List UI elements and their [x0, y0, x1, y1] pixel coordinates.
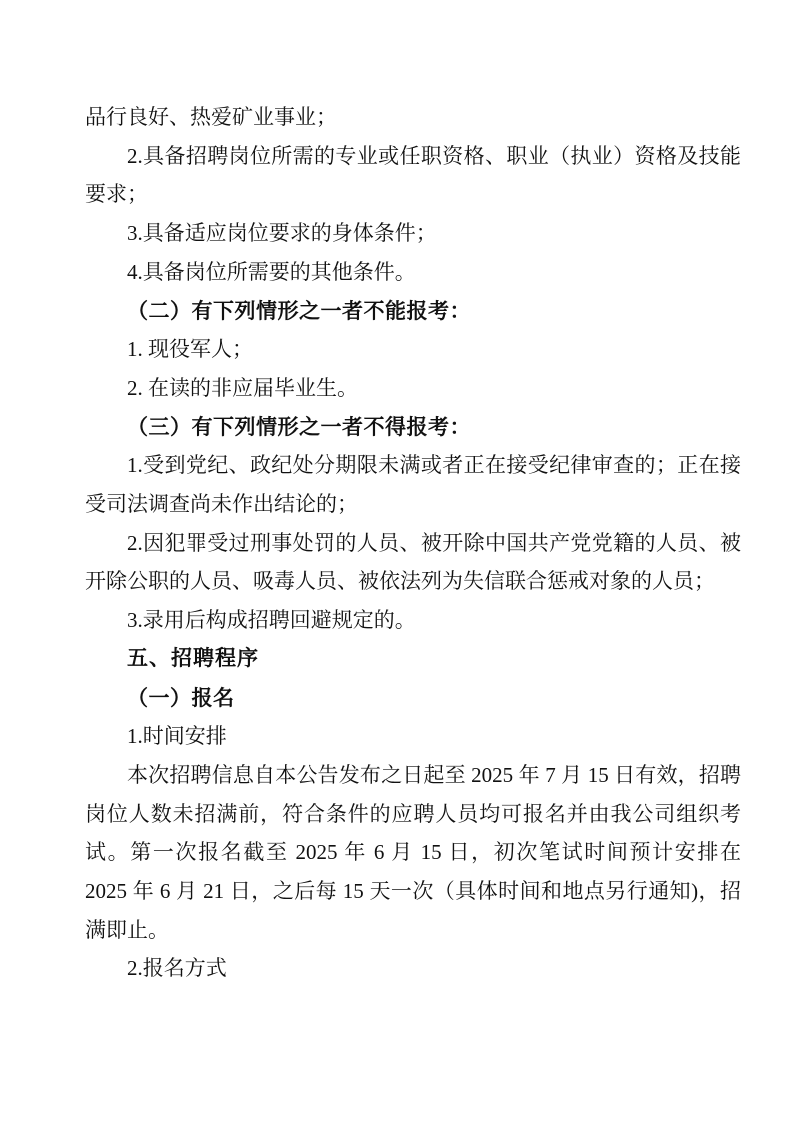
paragraph: 3.录用后构成招聘回避规定的。 [85, 601, 741, 640]
paragraph: 品行良好、热爱矿业事业； [85, 98, 741, 137]
section-heading: （三）有下列情形之一者不得报考： [85, 408, 741, 447]
paragraph: 3.具备适应岗位要求的身体条件； [85, 214, 741, 253]
section-heading: 五、招聘程序 [85, 640, 741, 679]
document-body: 品行良好、热爱矿业事业；2.具备招聘岗位所需的专业或任职资格、职业（执业）资格及… [85, 98, 741, 988]
paragraph: 1.时间安排 [85, 717, 741, 756]
paragraph: 1. 现役军人； [85, 330, 741, 369]
paragraph: 1.受到党纪、政纪处分期限未满或者正在接受纪律审查的；正在接受司法调查尚未作出结… [85, 446, 741, 523]
section-heading: （二）有下列情形之一者不能报考： [85, 292, 741, 331]
section-heading: （一）报名 [85, 679, 741, 718]
paragraph: 2.报名方式 [85, 949, 741, 988]
document-page: 品行良好、热爱矿业事业；2.具备招聘岗位所需的专业或任职资格、职业（执业）资格及… [0, 0, 793, 1122]
paragraph: 2.因犯罪受过刑事处罚的人员、被开除中国共产党党籍的人员、被开除公职的人员、吸毒… [85, 524, 741, 601]
paragraph: 2.具备招聘岗位所需的专业或任职资格、职业（执业）资格及技能要求； [85, 137, 741, 214]
paragraph: 4.具备岗位所需要的其他条件。 [85, 253, 741, 292]
paragraph: 本次招聘信息自本公告发布之日起至 2025 年 7 月 15 日有效，招聘岗位人… [85, 756, 741, 950]
paragraph: 2. 在读的非应届毕业生。 [85, 369, 741, 408]
